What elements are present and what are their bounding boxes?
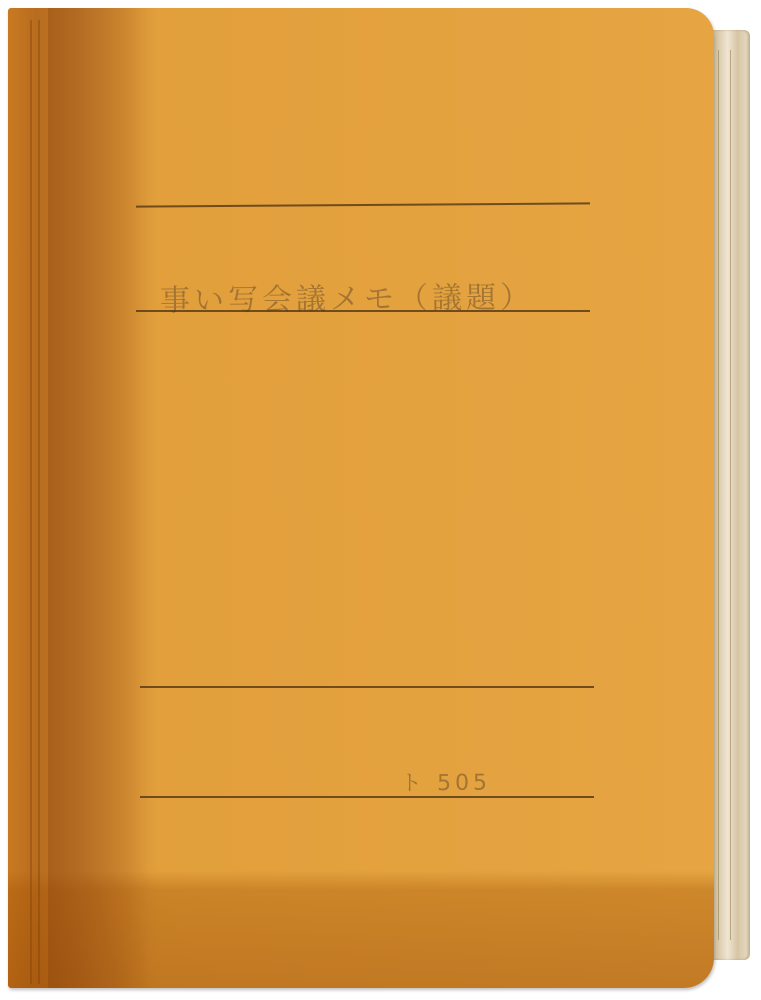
handwritten-label: ト 505 xyxy=(400,766,491,798)
page-edge xyxy=(718,50,719,940)
title-rule-top xyxy=(136,202,590,207)
title-rule-bottom xyxy=(136,310,590,312)
handwritten-title: 事い写会議メモ（議題） xyxy=(160,272,534,319)
sun-fade-shadow xyxy=(48,8,158,988)
folder-cover: 事い写会議メモ（議題） ト 505 xyxy=(8,8,714,988)
spine-fold-line xyxy=(30,20,32,984)
label-rule-top xyxy=(140,686,594,688)
page-edge xyxy=(730,50,731,940)
label-rule-bottom xyxy=(140,796,594,798)
spine-fold-line xyxy=(38,20,40,984)
